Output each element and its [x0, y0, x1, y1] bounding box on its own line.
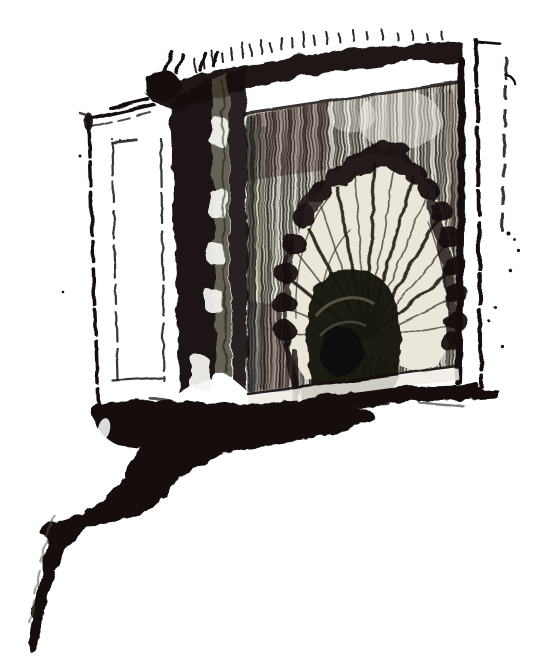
right-stile-top-tick	[477, 42, 500, 44]
casement-sash	[85, 104, 177, 418]
right-stile-inner-edge	[458, 60, 462, 382]
window-frame-left-stile	[170, 68, 248, 394]
sketch-canvas	[0, 0, 553, 666]
ink-sketch-figure: Black-ink sketch of a turkey with a larg…	[0, 0, 553, 666]
body-head-blot	[319, 327, 363, 375]
